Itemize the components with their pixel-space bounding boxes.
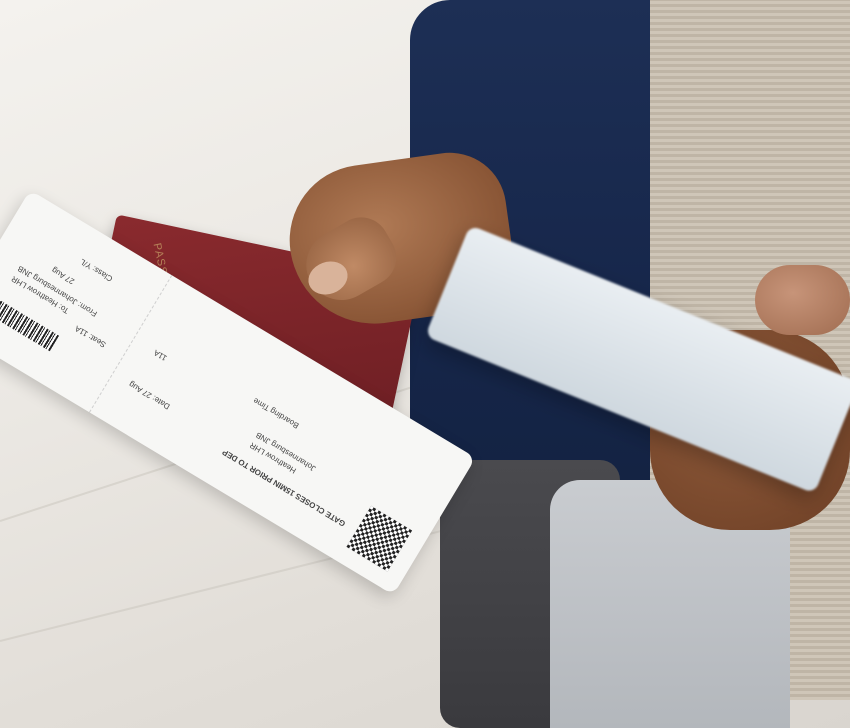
qr-code (346, 506, 412, 572)
ticket-class: Class: Y/L (78, 257, 114, 283)
boarding-time: Boarding Time (252, 396, 301, 430)
ticket-seat: Seat: 11A (73, 324, 107, 350)
photo-scene: PASSPORT To: Heathrow LHR From: Johannes… (0, 0, 850, 728)
finger (755, 265, 850, 335)
stub-date: Date: 27 Aug (127, 380, 171, 412)
stub-seat: 11A (152, 348, 168, 363)
